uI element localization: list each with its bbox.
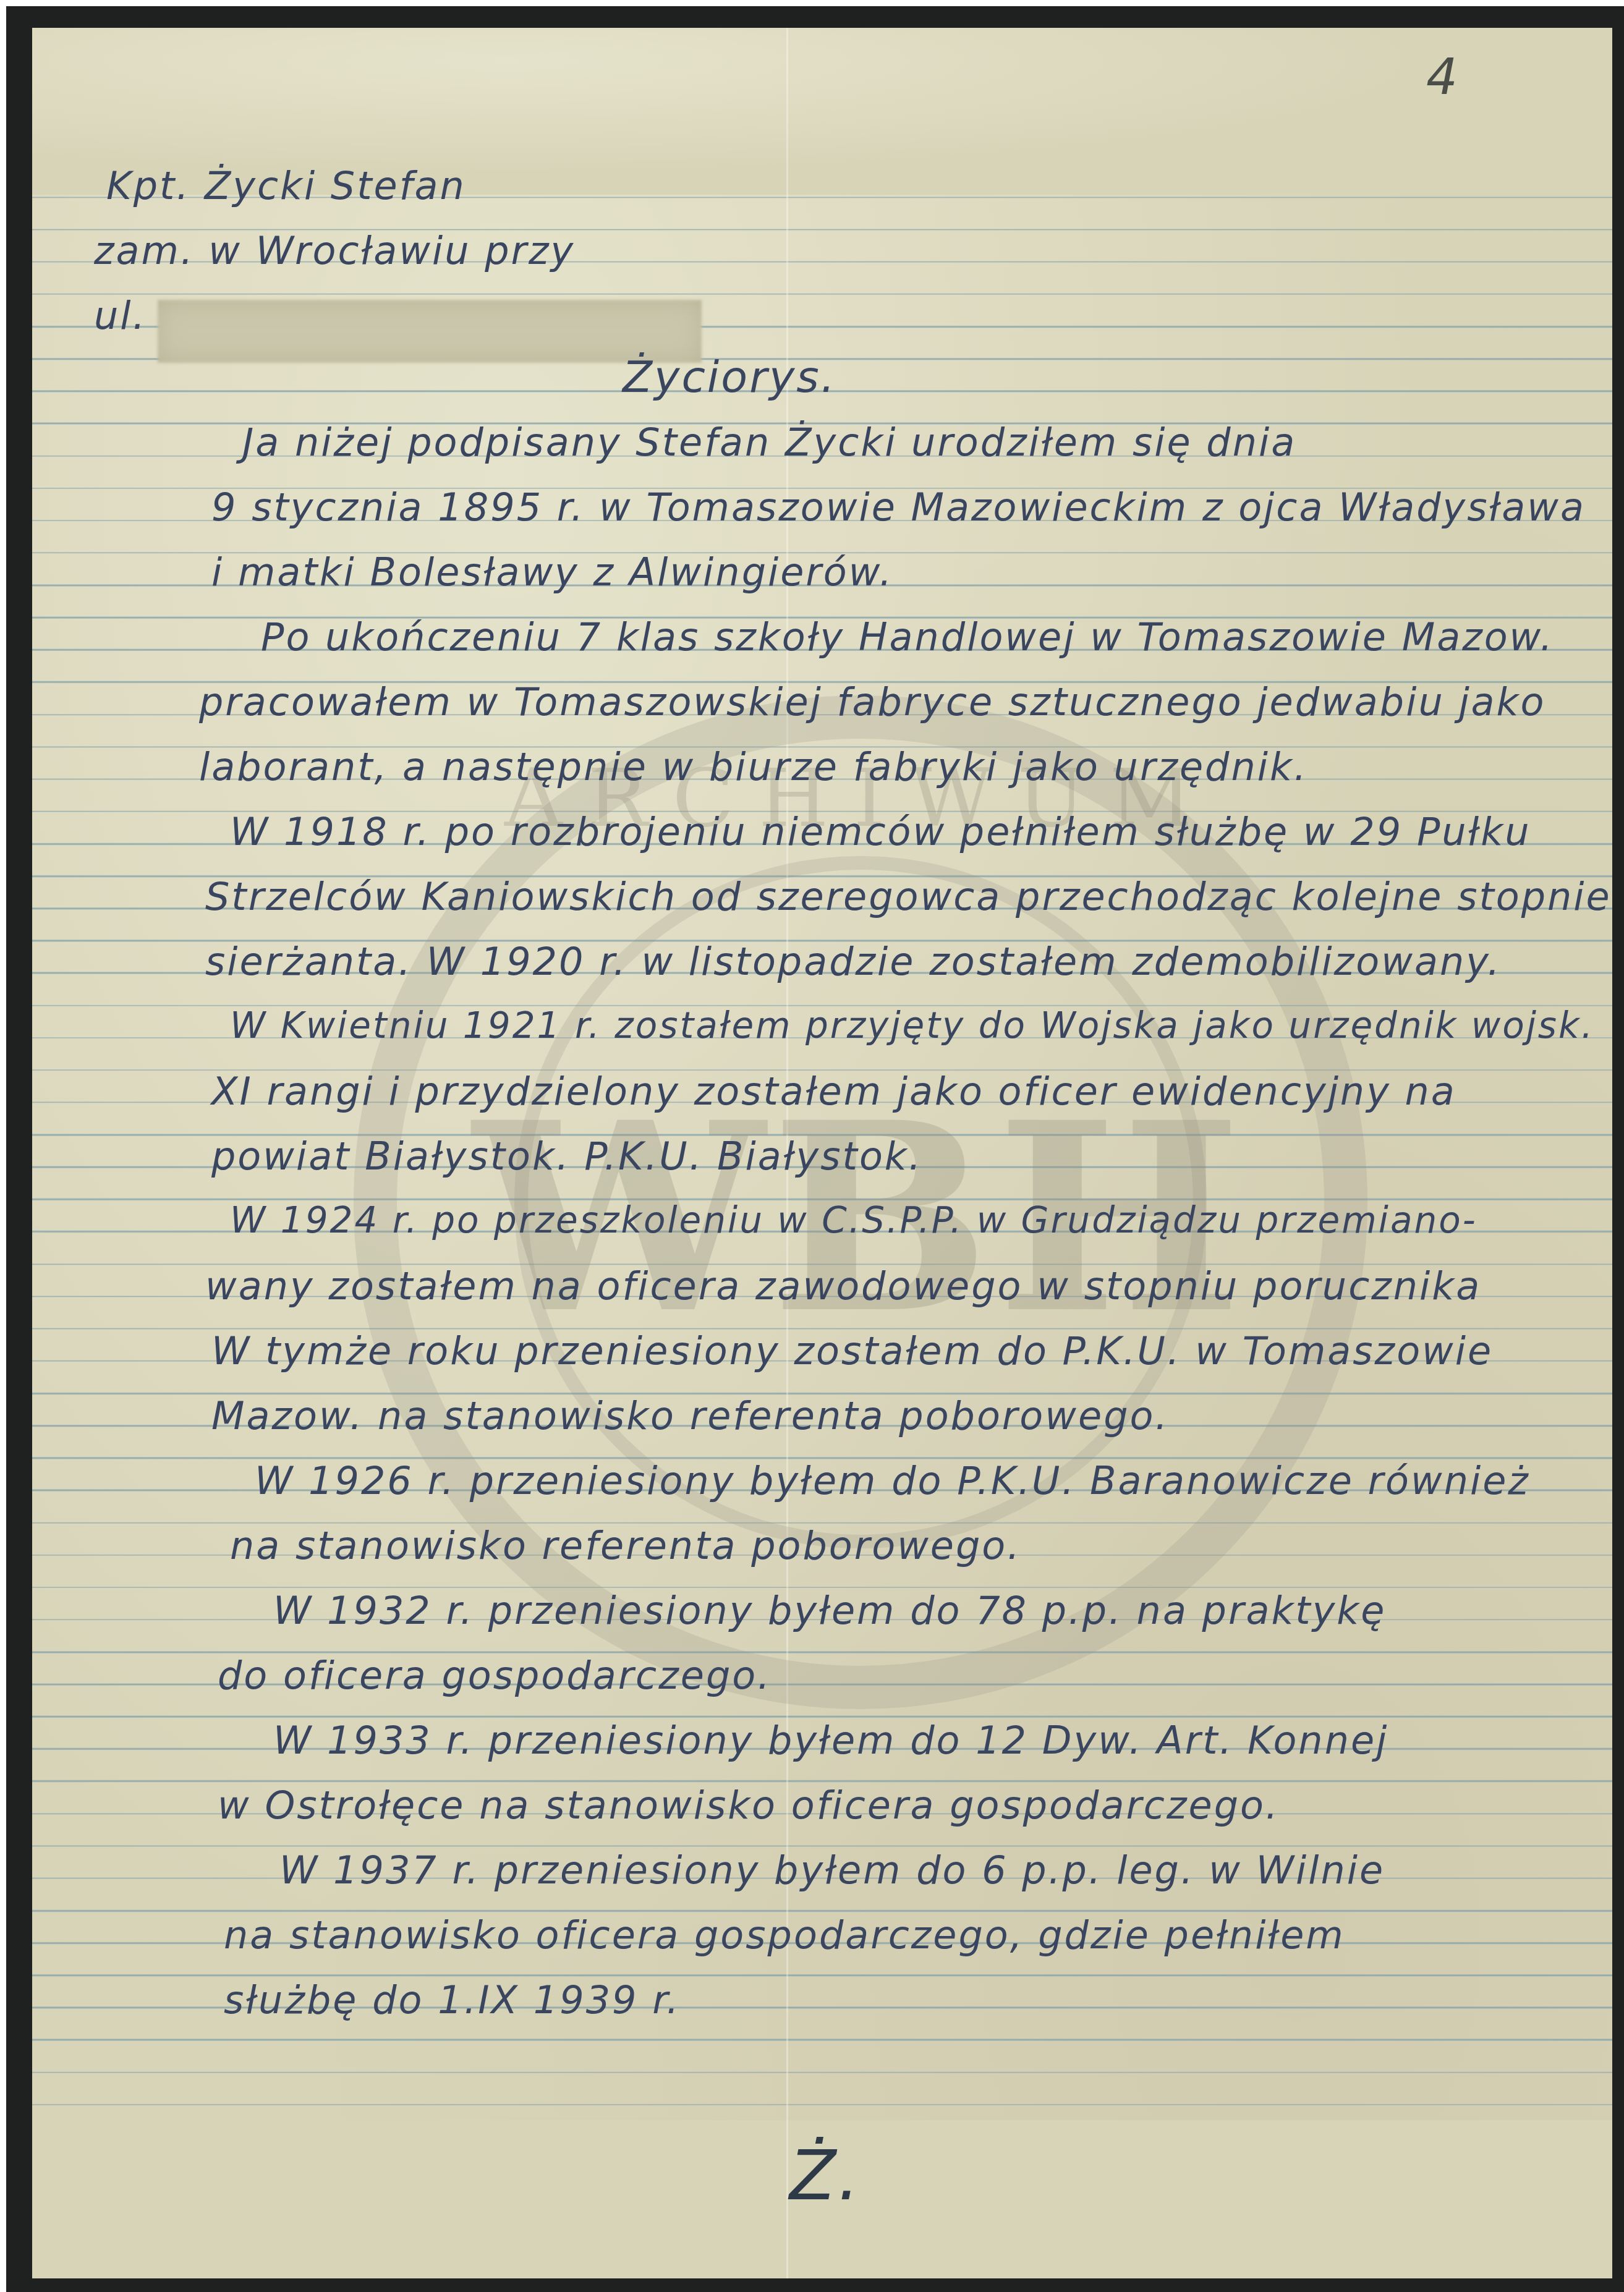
body-line: W Kwietniu 1921 r. zostałem przyjęty do … — [230, 1008, 1594, 1043]
page-number: 4 — [1426, 53, 1460, 102]
body-line: sierżanta. W 1920 r. w listopadzie zosta… — [205, 943, 1502, 981]
body-line: Mazow. na stanowisko referenta poboroweg… — [211, 1397, 1169, 1435]
signature: Ż. — [789, 2142, 861, 2210]
body-line: laborant, a następnie w biurze fabryki j… — [199, 748, 1308, 786]
header-address-city: zam. w Wrocławiu przy — [94, 232, 575, 270]
body-line: Ja niżej podpisany Stefan Życki urodziłe… — [242, 423, 1296, 462]
body-line: na stanowisko oficera gospodarczego, gdz… — [224, 1916, 1345, 1955]
body-line: 9 stycznia 1895 r. w Tomaszowie Mazowiec… — [211, 488, 1586, 527]
body-line: do oficera gospodarczego. — [218, 1657, 772, 1695]
body-line: w Ostrołęce na stanowisko oficera gospod… — [218, 1786, 1280, 1825]
body-line: W 1937 r. przeniesiony byłem do 6 p.p. l… — [279, 1851, 1385, 1890]
body-line: służbę do 1.IX 1939 r. — [224, 1981, 681, 2019]
body-line: XI rangi i przydzielony zostałem jako of… — [211, 1072, 1456, 1111]
body-line: wany zostałem na oficera zawodowego w st… — [205, 1267, 1481, 1305]
body-line: W 1933 r. przeniesiony byłem do 12 Dyw. … — [273, 1721, 1388, 1760]
body-line: na stanowisko referenta poborowego. — [230, 1527, 1021, 1565]
body-line: W 1926 r. przeniesiony byłem do P.K.U. B… — [255, 1462, 1530, 1500]
paper-sheet: ARCHIWUM WBH 4 Kpt. Życki Stefan zam. w … — [32, 28, 1612, 2278]
body-line: W tymże roku przeniesiony zostałem do P.… — [211, 1332, 1493, 1370]
body-line: W 1932 r. przeniesiony byłem do 78 p.p. … — [273, 1592, 1386, 1630]
body-line: pracowałem w Tomaszowskiej fabryce sztuc… — [199, 683, 1545, 721]
document-title: Życiorys. — [623, 355, 836, 399]
body-line: i matki Bolesławy z Alwingierów. — [211, 553, 893, 592]
header-address-street-label: ul. — [94, 297, 147, 335]
body-line: W 1918 r. po rozbrojeniu niemców pełniłe… — [230, 813, 1531, 851]
body-line: powiat Białystok. P.K.U. Białystok. — [211, 1137, 922, 1176]
body-line: Po ukończeniu 7 klas szkoły Handlowej w … — [261, 618, 1554, 656]
body-line: Strzelców Kaniowskich od szeregowca prze… — [205, 878, 1612, 916]
header-name: Kpt. Życki Stefan — [106, 167, 466, 205]
body-line: W 1924 r. po przeszkoleniu w C.S.P.P. w … — [230, 1202, 1477, 1238]
redacted-street-address — [158, 300, 702, 363]
